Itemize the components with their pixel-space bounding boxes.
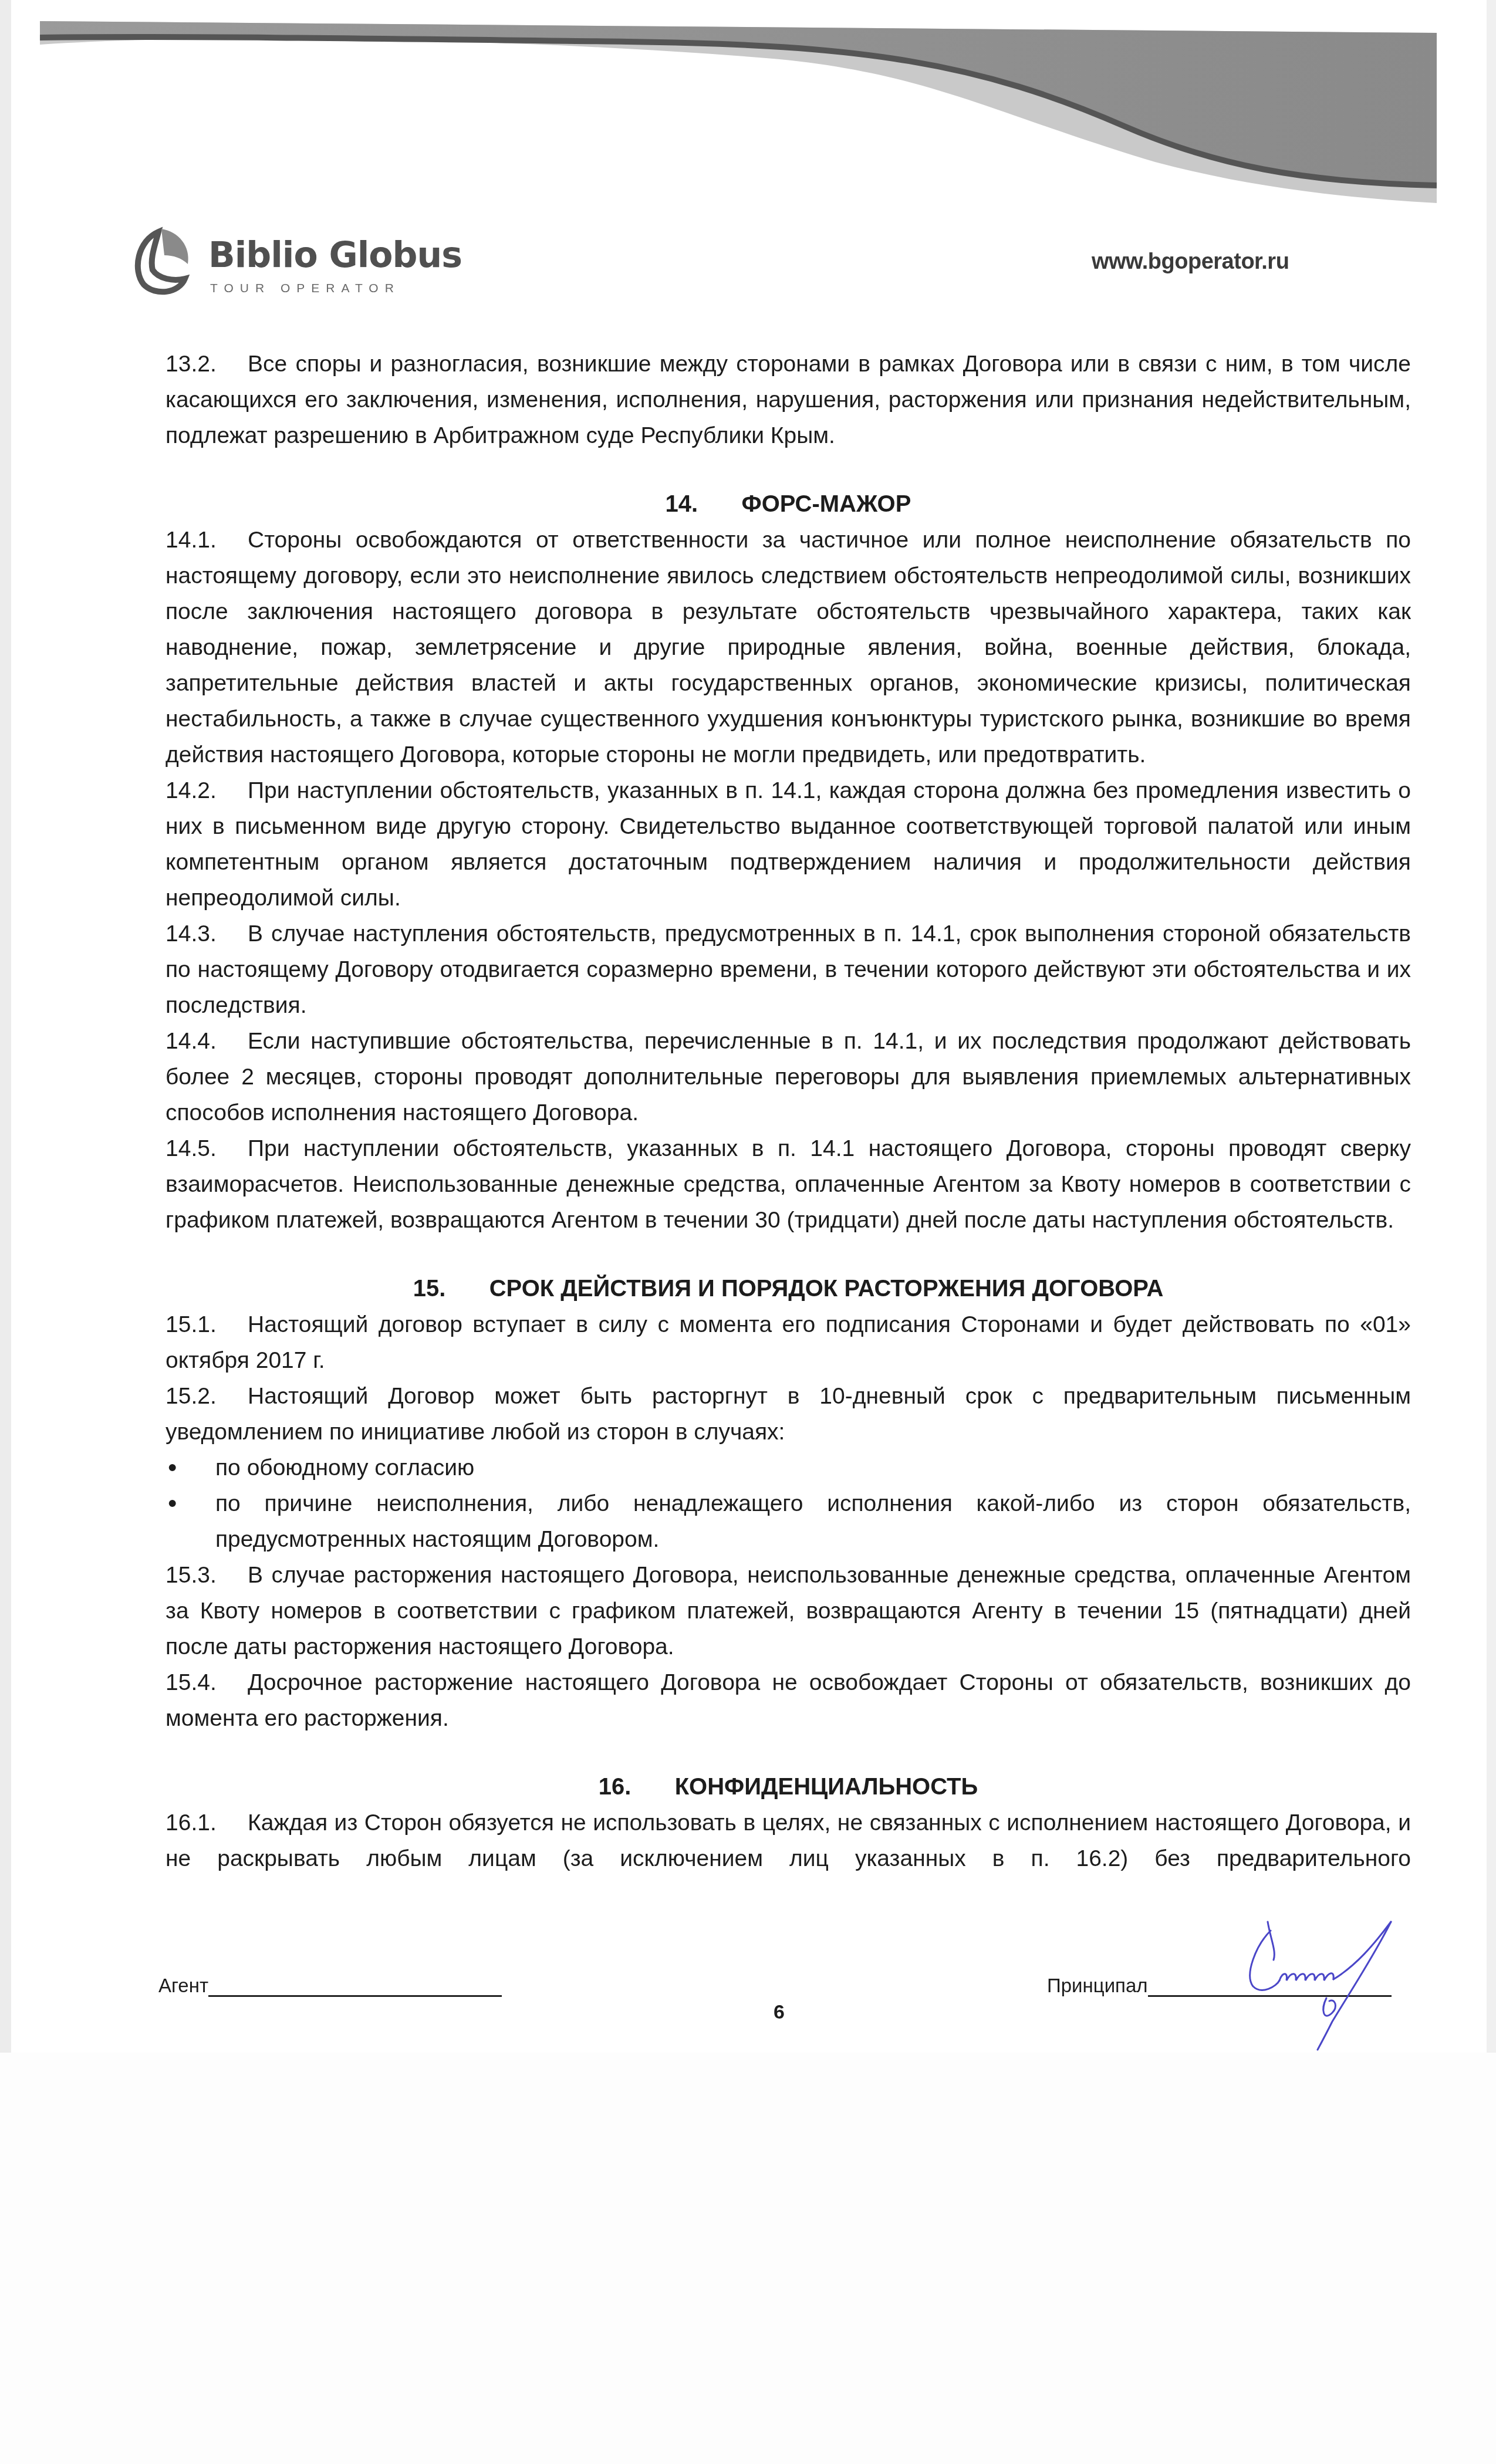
brand-tagline: TOUR OPERATOR bbox=[210, 282, 400, 296]
page-number: 6 bbox=[774, 2001, 785, 2024]
clause-14-3: 14.3.В случае наступления обстоятельств,… bbox=[166, 916, 1411, 1023]
clause-14-2: 14.2.При наступлении обстоятельств, указ… bbox=[166, 773, 1411, 916]
termination-cases-list: по обоюдному согласию по причине неиспол… bbox=[166, 1450, 1411, 1557]
clause-15-1: 15.1.Настоящий договор вступает в силу с… bbox=[166, 1307, 1411, 1378]
handwritten-signature-icon bbox=[1221, 1910, 1432, 2051]
section-15-title: 15.СРОК ДЕЙСТВИЯ И ПОРЯДОК РАСТОРЖЕНИЯ Д… bbox=[166, 1271, 1411, 1307]
brand-logo: Biblio Globus TOUR OPERATOR bbox=[126, 223, 478, 299]
agent-label: Агент bbox=[158, 1975, 208, 1996]
scan-edge-right bbox=[1487, 0, 1496, 2053]
scan-edge-left bbox=[0, 0, 11, 2053]
agent-signature-field: Агент bbox=[158, 1975, 502, 1997]
header-wave-banner bbox=[40, 21, 1437, 203]
list-item: по обоюдному согласию bbox=[166, 1450, 1411, 1486]
biblio-globus-logo-icon bbox=[126, 223, 197, 299]
contract-body: 13.2.Все споры и разногласия, возникшие … bbox=[166, 346, 1411, 1877]
brand-name: Biblio Globus bbox=[208, 235, 462, 276]
clause-16-1: 16.1.Каждая из Сторон обязуется не испол… bbox=[166, 1805, 1411, 1877]
section-16-title: 16.КОНФИДЕНЦИАЛЬНОСТЬ bbox=[166, 1769, 1411, 1805]
section-14-title: 14.ФОРС-МАЖОР bbox=[166, 486, 1411, 522]
principal-label: Принципал bbox=[1047, 1975, 1148, 1996]
clause-15-2: 15.2.Настоящий Договор может быть растор… bbox=[166, 1378, 1411, 1450]
list-item: по причине неисполнения, либо ненадлежащ… bbox=[166, 1486, 1411, 1557]
website-link[interactable]: www.bgoperator.ru bbox=[1092, 249, 1289, 275]
clause-15-4: 15.4.Досрочное расторжение настоящего До… bbox=[166, 1665, 1411, 1736]
clause-15-3: 15.3.В случае расторжения настоящего Дог… bbox=[166, 1557, 1411, 1665]
document-page: Biblio Globus TOUR OPERATOR www.bgoperat… bbox=[0, 0, 1496, 2053]
clause-14-4: 14.4.Если наступившие обстоятельства, пе… bbox=[166, 1023, 1411, 1131]
clause-13-2: 13.2.Все споры и разногласия, возникшие … bbox=[166, 346, 1411, 454]
clause-14-1: 14.1.Стороны освобождаются от ответствен… bbox=[166, 522, 1411, 773]
agent-signature-line bbox=[208, 1978, 502, 1997]
clause-14-5: 14.5.При наступлении обстоятельств, указ… bbox=[166, 1131, 1411, 1238]
